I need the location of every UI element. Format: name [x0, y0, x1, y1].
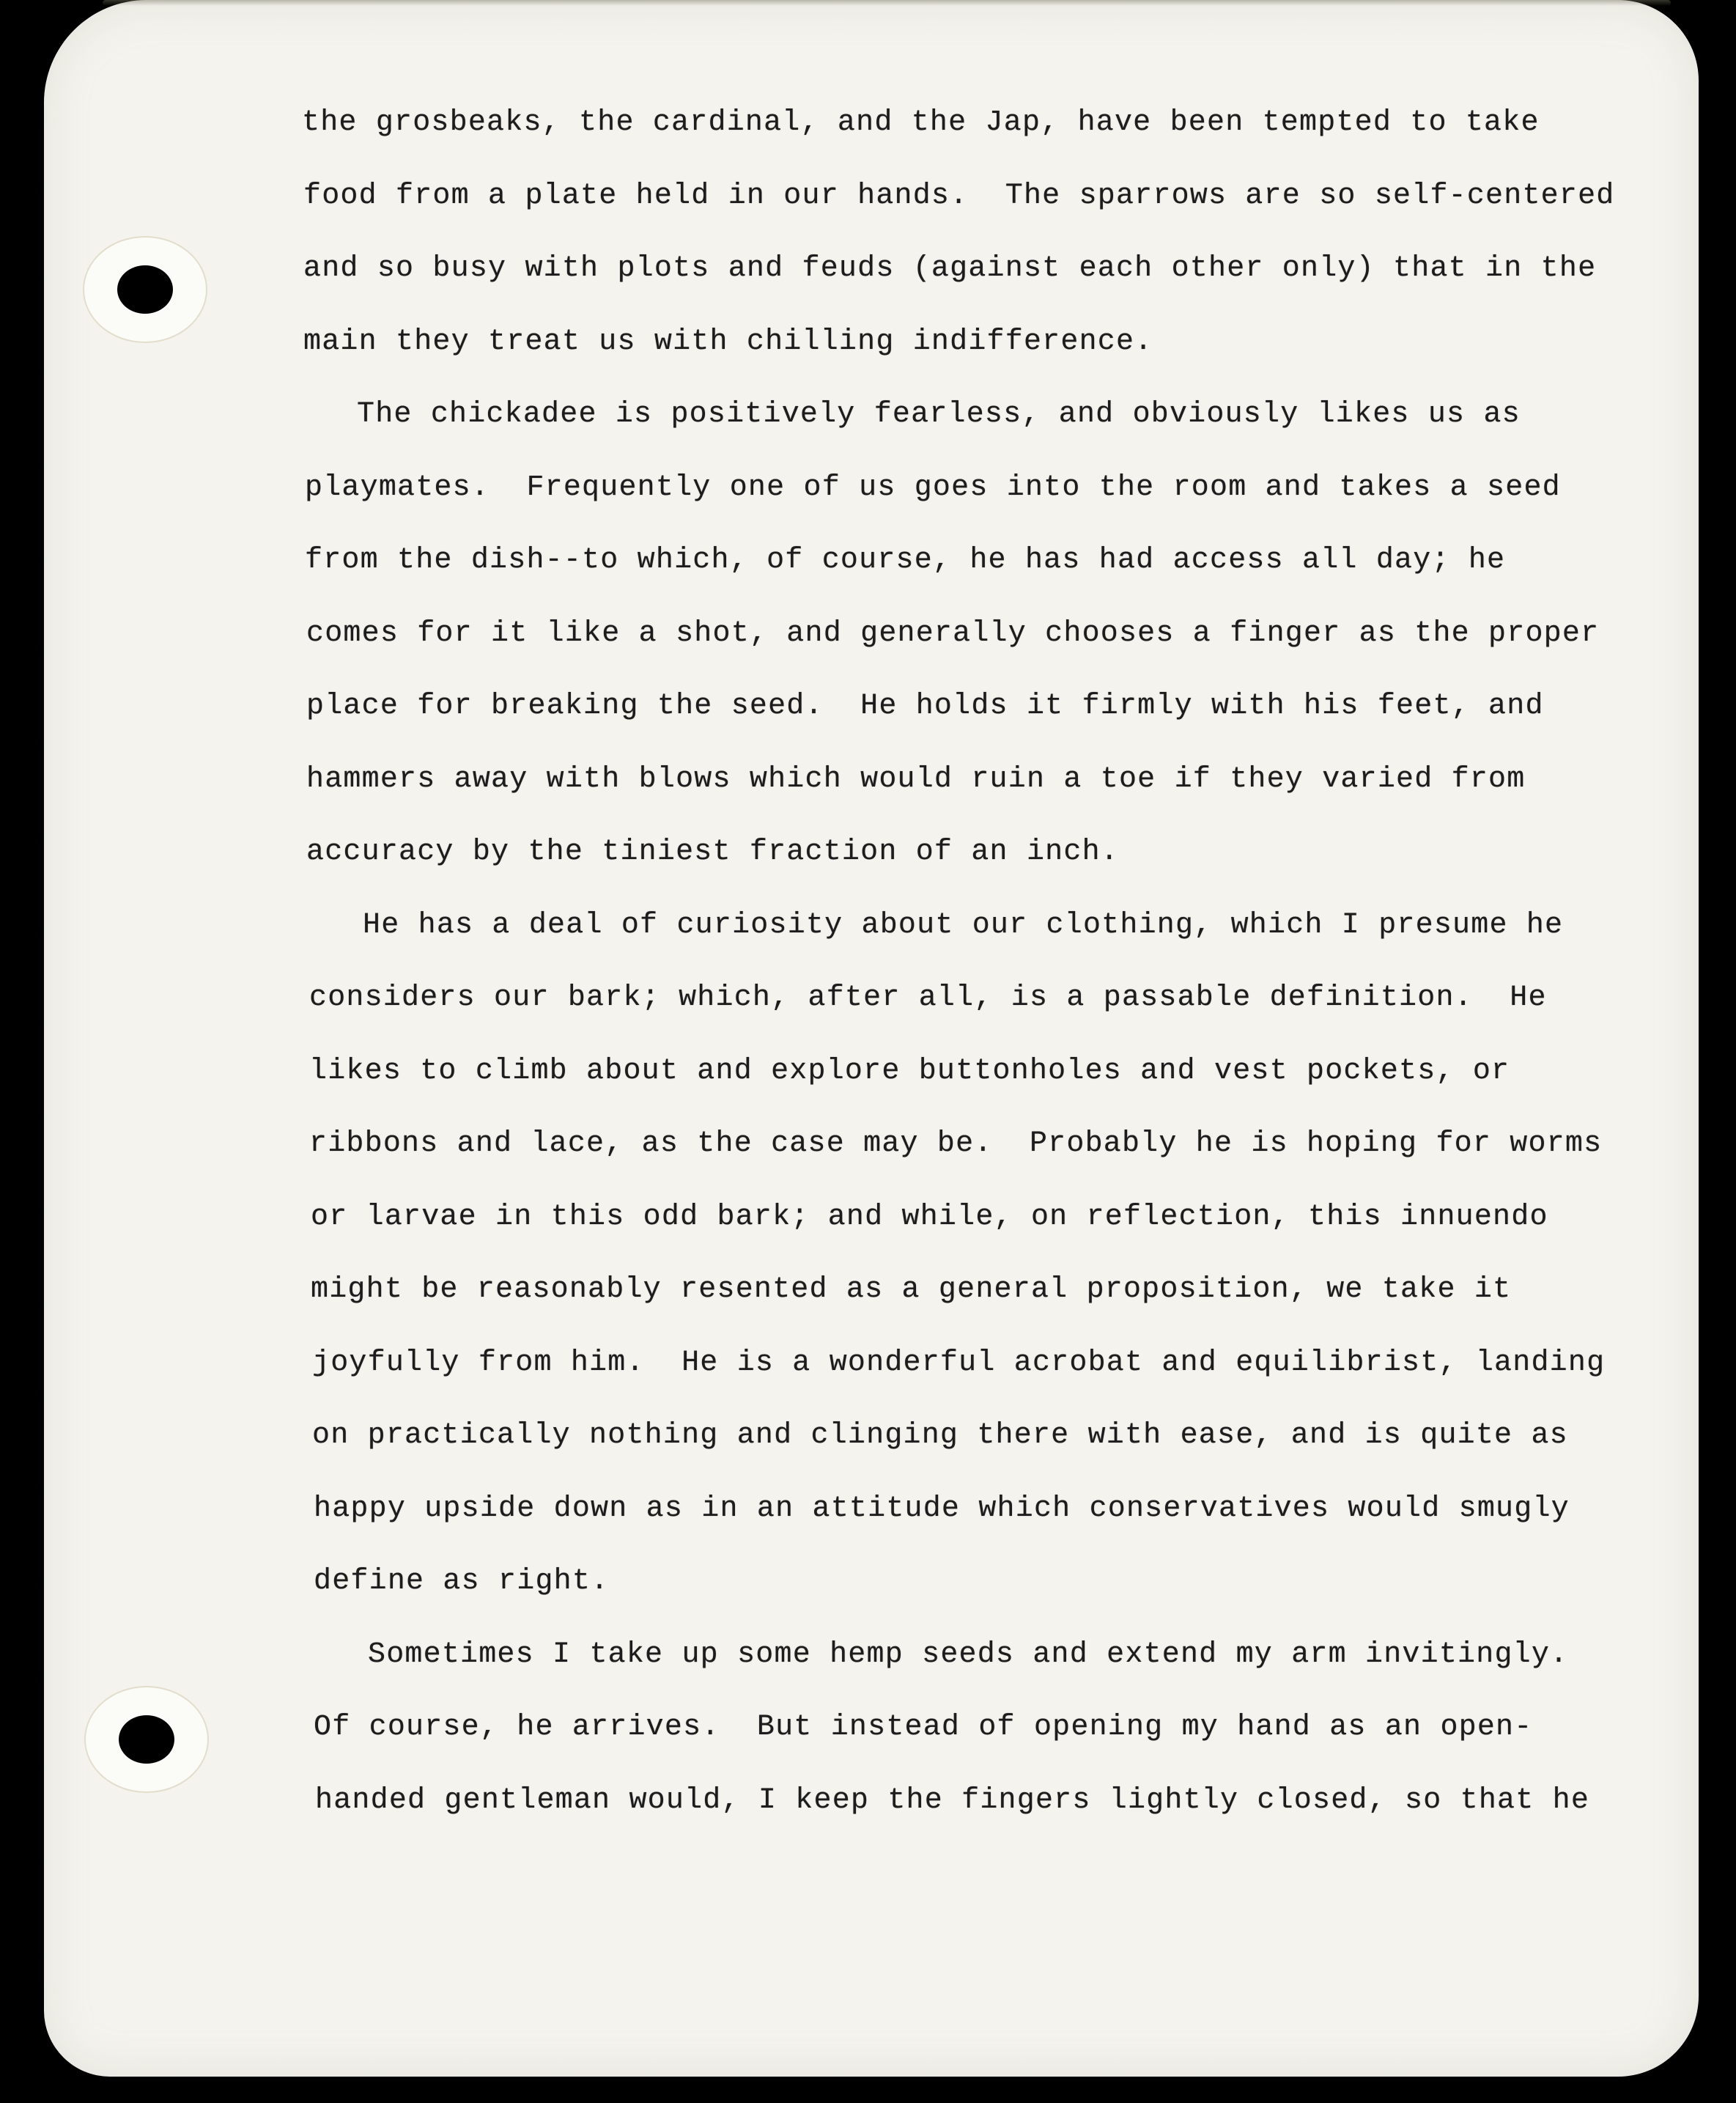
lower-punch-hole	[119, 1715, 174, 1764]
text-line: comes for it like a shot, and generally …	[302, 612, 1636, 685]
text-line: happy upside down as in an attitude whic…	[302, 1487, 1636, 1561]
paragraph-start-line: The chickadee is positively fearless, an…	[302, 393, 1636, 466]
text-line: define as right.	[302, 1560, 1636, 1633]
text-line: and so busy with plots and feuds (agains…	[302, 247, 1636, 320]
upper-punch-hole	[117, 265, 173, 314]
text-line: playmates. Frequently one of us goes int…	[302, 466, 1636, 539]
text-line: main they treat us with chilling indiffe…	[302, 320, 1636, 394]
text-line: the grosbeaks, the cardinal, and the Jap…	[302, 101, 1636, 174]
paragraph-start-line: He has a deal of curiosity about our clo…	[302, 904, 1636, 977]
text-line: joyfully from him. He is a wonderful acr…	[302, 1341, 1636, 1415]
text-line: Of course, he arrives. But instead of op…	[302, 1706, 1636, 1779]
text-line: place for breaking the seed. He holds it…	[302, 685, 1636, 758]
text-line: hammers away with blows which would ruin…	[302, 758, 1636, 831]
text-line: might be reasonably resented as a genera…	[302, 1268, 1636, 1341]
typewritten-text-body: the grosbeaks, the cardinal, and the Jap…	[302, 101, 1636, 1852]
page-top-shadow	[103, 0, 1671, 6]
lower-punch-hole-reinforcer	[84, 1686, 209, 1793]
text-line: from the dish--to which, of course, he h…	[302, 539, 1636, 612]
text-line: or larvae in this odd bark; and while, o…	[302, 1196, 1636, 1269]
text-line: on practically nothing and clinging ther…	[302, 1414, 1636, 1487]
text-line: food from a plate held in our hands. The…	[302, 174, 1636, 248]
paragraph-start-line: Sometimes I take up some hemp seeds and …	[302, 1633, 1636, 1706]
text-line: accuracy by the tiniest fraction of an i…	[302, 830, 1636, 904]
text-line: likes to climb about and explore buttonh…	[302, 1050, 1636, 1123]
upper-punch-hole-reinforcer	[83, 236, 207, 343]
text-line: ribbons and lace, as the case may be. Pr…	[302, 1122, 1636, 1196]
text-line: considers our bark; which, after all, is…	[302, 976, 1636, 1050]
text-line: handed gentleman would, I keep the finge…	[302, 1779, 1636, 1852]
